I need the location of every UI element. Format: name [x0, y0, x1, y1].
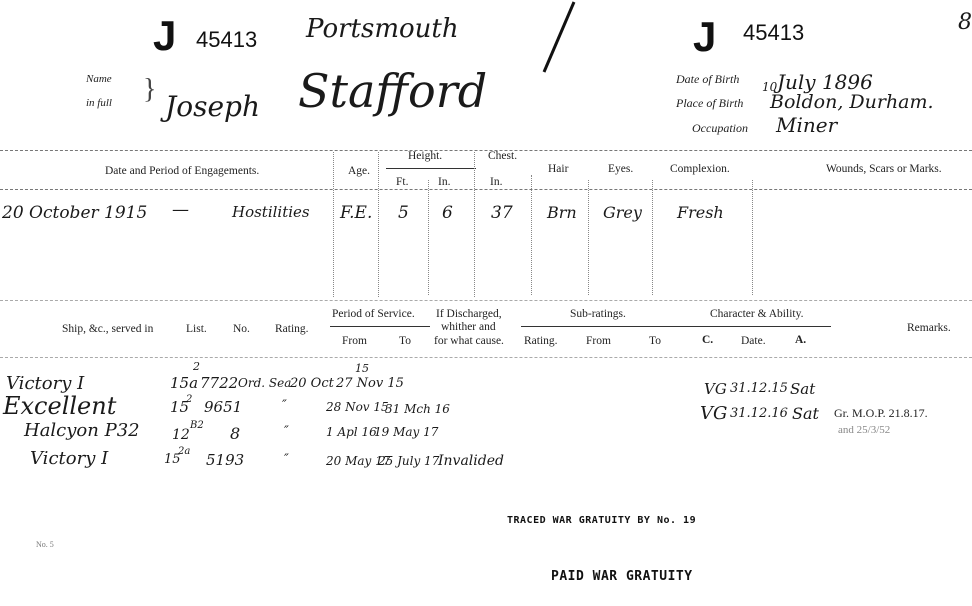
engagement-date: 20 October 1915 — [2, 203, 147, 223]
service-ship: Victory I — [30, 448, 108, 469]
header-wounds: Wounds, Scars or Marks. — [826, 163, 942, 175]
header-divider — [0, 189, 972, 190]
footer-small-mark: No. 5 — [36, 540, 54, 549]
service-rating: ″ — [284, 452, 289, 467]
character-date: 31.12.16 — [730, 406, 788, 421]
service-list-sup: 2 — [186, 394, 192, 405]
service-rating: ″ — [282, 398, 287, 413]
height-underline — [386, 168, 476, 169]
period-underline — [330, 326, 430, 327]
service-number-left: 45413 — [196, 27, 257, 53]
service-from: 28 Nov 15 — [326, 400, 389, 414]
header-age: Age. — [348, 165, 370, 177]
header-chest-in: In. — [490, 176, 502, 188]
corner-mark: 8 — [958, 10, 972, 35]
header-hair: Hair — [548, 163, 568, 175]
engagement-age: F.E. — [340, 203, 372, 223]
engagement-period: Hostilities — [232, 203, 310, 221]
column-guide — [588, 180, 589, 295]
header-discharged-2: whither and — [441, 321, 496, 333]
header-c: C. — [702, 334, 713, 346]
service-no: 8 — [230, 424, 240, 443]
header-sub-from: From — [586, 335, 611, 347]
header-height-in: In. — [438, 176, 450, 188]
column-guide — [531, 175, 532, 295]
header-date-period: Date and Period of Engagements. — [105, 165, 259, 177]
header-ship: Ship, &c., served in — [62, 323, 153, 335]
paid-gratuity-stamp: PAID WAR GRATUITY — [551, 569, 693, 584]
service-from: 1 Apl 16 — [326, 425, 377, 439]
remarks-line-1: Gr. M.O.P. 21.8.17. — [834, 406, 928, 421]
height-ft-value: 5 — [398, 203, 409, 223]
surname: Stafford — [298, 64, 487, 118]
header-date: Date. — [741, 335, 766, 347]
service-ship: Victory I — [6, 373, 84, 394]
header-period-of-service: Period of Service. — [332, 308, 415, 320]
complexion-value: Fresh — [677, 203, 724, 222]
header-a: A. — [795, 334, 806, 346]
service-list-sup: 2a — [178, 446, 190, 457]
character-c: VG — [700, 403, 727, 424]
service-rating: ″ — [284, 424, 289, 439]
character-date: 31.12.15 — [730, 381, 788, 396]
diagonal-pen-mark — [520, 0, 580, 76]
height-in-value: 6 — [442, 203, 453, 223]
header-height: Height. — [408, 150, 442, 162]
service-list-sup: 2 — [193, 360, 200, 373]
service-ship: Excellent — [3, 392, 116, 420]
occupation-value: Miner — [776, 113, 837, 137]
column-guide — [378, 152, 379, 297]
header-sub-to: To — [649, 335, 661, 347]
eyes-value: Grey — [603, 203, 642, 222]
service-rating: Ord. Sea — [238, 376, 291, 390]
service-to: 31 Mch 16 — [385, 402, 450, 416]
name-label: Name — [86, 73, 112, 85]
header-height-ft: Ft. — [396, 176, 408, 188]
service-number-right: 45413 — [743, 20, 804, 46]
header-rating: Rating. — [275, 323, 309, 335]
header-complexion: Complexion. — [670, 163, 730, 175]
column-guide — [752, 180, 753, 295]
service-to: 19 May 17 — [374, 425, 438, 439]
name-bracket: } — [143, 74, 156, 106]
sub-ratings-underline — [521, 326, 831, 327]
in-full-label: in full — [86, 97, 112, 109]
engagement-dash: — — [172, 200, 189, 220]
remarks-line-2: and 25/3/52 — [838, 424, 890, 436]
pob-label: Place of Birth — [676, 96, 743, 111]
dob-label: Date of Birth — [676, 72, 739, 87]
service-to: 27 Nov 15 — [336, 376, 404, 391]
service-no: 5193 — [206, 451, 244, 469]
header-discharged-3: for what cause. — [434, 335, 504, 347]
first-name: Joseph — [165, 90, 260, 123]
header-sub-rating: Rating. — [524, 335, 558, 347]
prefix-letter-left: J — [153, 12, 176, 60]
occupation-label: Occupation — [692, 121, 748, 136]
section-divider — [0, 150, 972, 151]
hair-value: Brn — [547, 203, 577, 222]
port-division: Portsmouth — [306, 14, 459, 44]
header-sub-ratings: Sub-ratings. — [570, 308, 626, 320]
column-guide — [428, 180, 429, 295]
service-discharged: Invalided — [438, 453, 504, 469]
header-remarks: Remarks. — [907, 322, 951, 334]
character-a: Sat — [790, 380, 815, 398]
column-guide — [652, 180, 653, 295]
column-guide — [333, 152, 334, 297]
service-top-divider — [0, 300, 972, 301]
service-list: 12 — [172, 427, 190, 443]
service-header-divider — [0, 357, 972, 358]
prefix-letter-right: J — [693, 13, 716, 61]
service-from-sup: 15 — [355, 362, 369, 375]
header-list: List. — [186, 323, 207, 335]
character-c: VG — [704, 380, 727, 398]
service-list-sup: B2 — [190, 420, 204, 431]
service-to: 25 July 17 — [378, 454, 439, 468]
service-ship: Halcyon P32 — [24, 420, 140, 441]
character-a: Sat — [792, 404, 819, 423]
header-character-ability: Character & Ability. — [710, 308, 803, 320]
service-from: 20 Oct — [290, 376, 334, 391]
header-eyes: Eyes. — [608, 163, 633, 175]
chest-in-value: 37 — [491, 203, 513, 223]
header-discharged-1: If Discharged, — [436, 308, 502, 320]
column-guide — [474, 152, 475, 297]
service-no: 9651 — [204, 398, 242, 416]
header-chest: Chest. — [488, 150, 517, 162]
header-no: No. — [233, 323, 250, 335]
header-to: To — [399, 335, 411, 347]
service-list: 15a — [170, 374, 198, 392]
pob-value: Boldon, Durham. — [770, 91, 934, 113]
service-no: 7722 — [200, 374, 238, 392]
header-from: From — [342, 335, 367, 347]
traced-gratuity-stamp: TRACED WAR GRATUITY BY No. 19 — [507, 515, 696, 526]
